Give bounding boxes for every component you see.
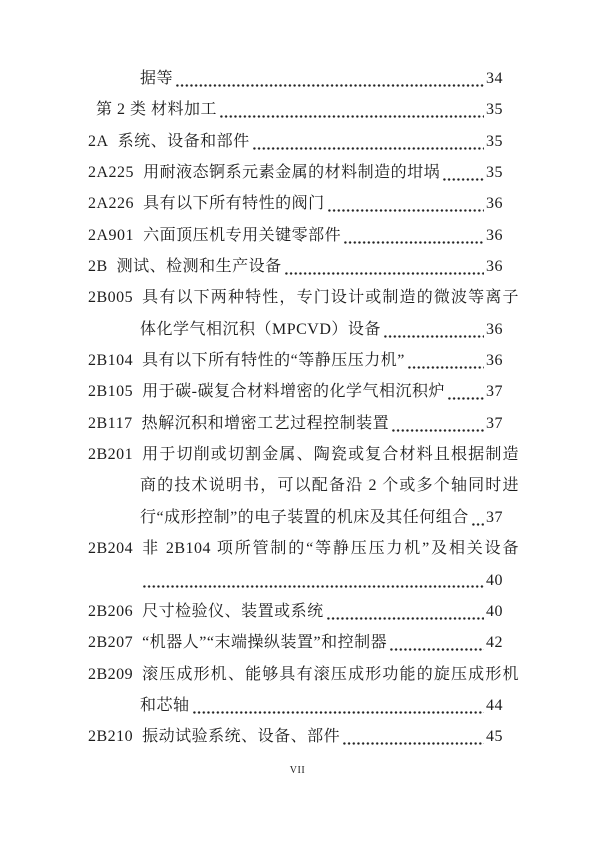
toc-entry-2B204-continuation[interactable]: 40 (88, 565, 519, 596)
toc-entry-2B210[interactable]: 2B210 振动试验系统、设备、部件 45 (88, 721, 519, 752)
toc-entry-2B005-continuation[interactable]: 体化学气相沉积（MPCVD）设备 36 (88, 314, 519, 345)
entry-code: 2B209 (88, 659, 133, 690)
page-number: 36 (486, 345, 503, 376)
dot-leader (392, 429, 484, 432)
toc-entry-2A901[interactable]: 2A901 六面顶压机专用关键零部件 36 (88, 220, 519, 251)
toc-entry-2B104[interactable]: 2B104 具有以下所有特性的“等静压压力机” 36 (88, 345, 519, 376)
toc-entry-2B105[interactable]: 2B105 用于碳-碳复合材料增密的化学气相沉积炉 37 (88, 376, 519, 407)
entry-title: 和芯轴 (140, 690, 190, 721)
toc-entry-2A225[interactable]: 2A225 用耐液态锕系元素金属的材料制造的坩埚 35 (88, 157, 519, 188)
entry-title: 滚压成形机、能够具有滚压成形功能的旋压成形机 (142, 659, 519, 690)
toc-entry-2B201-continuation[interactable]: 行“成形控制”的电子装置的机床及其任何组合 37 (88, 502, 519, 533)
entry-title: “机器人”“末端操纵装置”和控制器 (142, 627, 387, 658)
toc-entry-2B005[interactable]: 2B005 具有以下两种特性，专门设计或制造的微波等离子 (88, 282, 519, 313)
entry-title: 具有以下两种特性，专门设计或制造的微波等离子 (142, 282, 519, 313)
toc-entry-2B204[interactable]: 2B204 非 2B104 项所管制的“等静压压力机”及相关设备 (88, 533, 519, 564)
entry-title: 第 2 类 材料加工 (96, 94, 217, 125)
toc-entry-2B201-continuation[interactable]: 商的技术说明书，可以配备沿 2 个或多个轴同时进 (88, 470, 519, 501)
dot-leader (176, 84, 484, 87)
entry-title: 具有以下所有特性的阀门 (143, 188, 325, 219)
entry-title: 系统、设备和部件 (118, 126, 250, 157)
dot-leader (253, 147, 484, 150)
entry-title: 体化学气相沉积（MPCVD）设备 (140, 314, 381, 345)
page-number: 36 (486, 251, 503, 282)
dot-leader (443, 178, 484, 181)
table-of-contents: 据等 34 第 2 类 材料加工 35 2A 系统、设备和部件 35 2A225… (88, 63, 519, 753)
dot-leader (384, 335, 484, 338)
dot-leader (472, 523, 484, 526)
dot-leader (143, 585, 484, 588)
page-number: 37 (486, 408, 503, 439)
entry-code: 2B105 (88, 376, 133, 407)
dot-leader (220, 115, 484, 118)
dot-leader (344, 241, 484, 244)
entry-code: 2A225 (88, 157, 134, 188)
entry-title: 用于切削或切割金属、陶瓷或复合材料且根据制造 (142, 439, 519, 470)
document-page: 据等 34 第 2 类 材料加工 35 2A 系统、设备和部件 35 2A225… (0, 0, 595, 841)
page-number: 35 (486, 94, 503, 125)
page-number: 40 (486, 565, 503, 596)
entry-code: 2B (88, 251, 108, 282)
entry-code: 2A226 (88, 188, 134, 219)
toc-entry-continuation[interactable]: 据等 34 (88, 63, 519, 94)
entry-code: 2B204 (88, 533, 133, 564)
entry-code: 2A (88, 126, 109, 157)
entry-title: 商的技术说明书，可以配备沿 2 个或多个轴同时进 (140, 470, 519, 501)
toc-entry-2B209-continuation[interactable]: 和芯轴 44 (88, 690, 519, 721)
entry-code: 2B201 (88, 439, 133, 470)
page-number: 34 (486, 63, 503, 94)
entry-title: 用于碳-碳复合材料增密的化学气相沉积炉 (142, 376, 445, 407)
page-number: 37 (486, 376, 503, 407)
dot-leader (285, 272, 484, 275)
footer-page-number: VII (0, 765, 595, 776)
entry-title: 具有以下所有特性的“等静压压力机” (142, 345, 405, 376)
entry-title: 测试、检测和生产设备 (117, 251, 282, 282)
entry-code: 2A901 (88, 220, 134, 251)
toc-entry-2A226[interactable]: 2A226 具有以下所有特性的阀门 36 (88, 188, 519, 219)
entry-title: 行“成形控制”的电子装置的机床及其任何组合 (140, 502, 469, 533)
entry-code: 2B104 (88, 345, 133, 376)
toc-entry-2B[interactable]: 2B 测试、检测和生产设备 36 (88, 251, 519, 282)
page-number: 37 (486, 502, 503, 533)
page-number: 44 (486, 690, 503, 721)
entry-title: 用耐液态锕系元素金属的材料制造的坩埚 (143, 157, 440, 188)
dot-leader (448, 397, 484, 400)
dot-leader (390, 648, 484, 651)
toc-entry-2B206[interactable]: 2B206 尺寸检验仪、装置或系统 40 (88, 596, 519, 627)
toc-entry-category-2[interactable]: 第 2 类 材料加工 35 (88, 94, 519, 125)
dot-leader (327, 617, 484, 620)
entry-title: 热解沉积和增密工艺过程控制装置 (142, 408, 390, 439)
page-number: 40 (486, 596, 503, 627)
dot-leader (328, 209, 484, 212)
entry-title: 六面顶压机专用关键零部件 (143, 220, 341, 251)
page-number: 35 (486, 157, 503, 188)
page-number: 36 (486, 314, 503, 345)
page-number: 42 (486, 627, 503, 658)
entry-code: 2B207 (88, 627, 133, 658)
entry-title: 尺寸检验仪、装置或系统 (142, 596, 324, 627)
entry-title: 振动试验系统、设备、部件 (142, 721, 340, 752)
toc-entry-2B201[interactable]: 2B201 用于切削或切割金属、陶瓷或复合材料且根据制造 (88, 439, 519, 470)
entry-code: 2B210 (88, 721, 133, 752)
dot-leader (343, 742, 484, 745)
toc-entry-2B207[interactable]: 2B207 “机器人”“末端操纵装置”和控制器 42 (88, 627, 519, 658)
dot-leader (408, 366, 484, 369)
page-number: 35 (486, 126, 503, 157)
entry-title: 非 2B104 项所管制的“等静压压力机”及相关设备 (142, 533, 519, 564)
toc-entry-2A[interactable]: 2A 系统、设备和部件 35 (88, 126, 519, 157)
entry-title: 据等 (140, 63, 173, 94)
toc-entry-2B117[interactable]: 2B117 热解沉积和增密工艺过程控制装置 37 (88, 408, 519, 439)
entry-code: 2B117 (88, 408, 133, 439)
page-number: 36 (486, 188, 503, 219)
entry-code: 2B005 (88, 282, 133, 313)
page-number: 36 (486, 220, 503, 251)
dot-leader (193, 711, 484, 714)
entry-code: 2B206 (88, 596, 133, 627)
toc-entry-2B209[interactable]: 2B209 滚压成形机、能够具有滚压成形功能的旋压成形机 (88, 659, 519, 690)
page-number: 45 (486, 721, 503, 752)
